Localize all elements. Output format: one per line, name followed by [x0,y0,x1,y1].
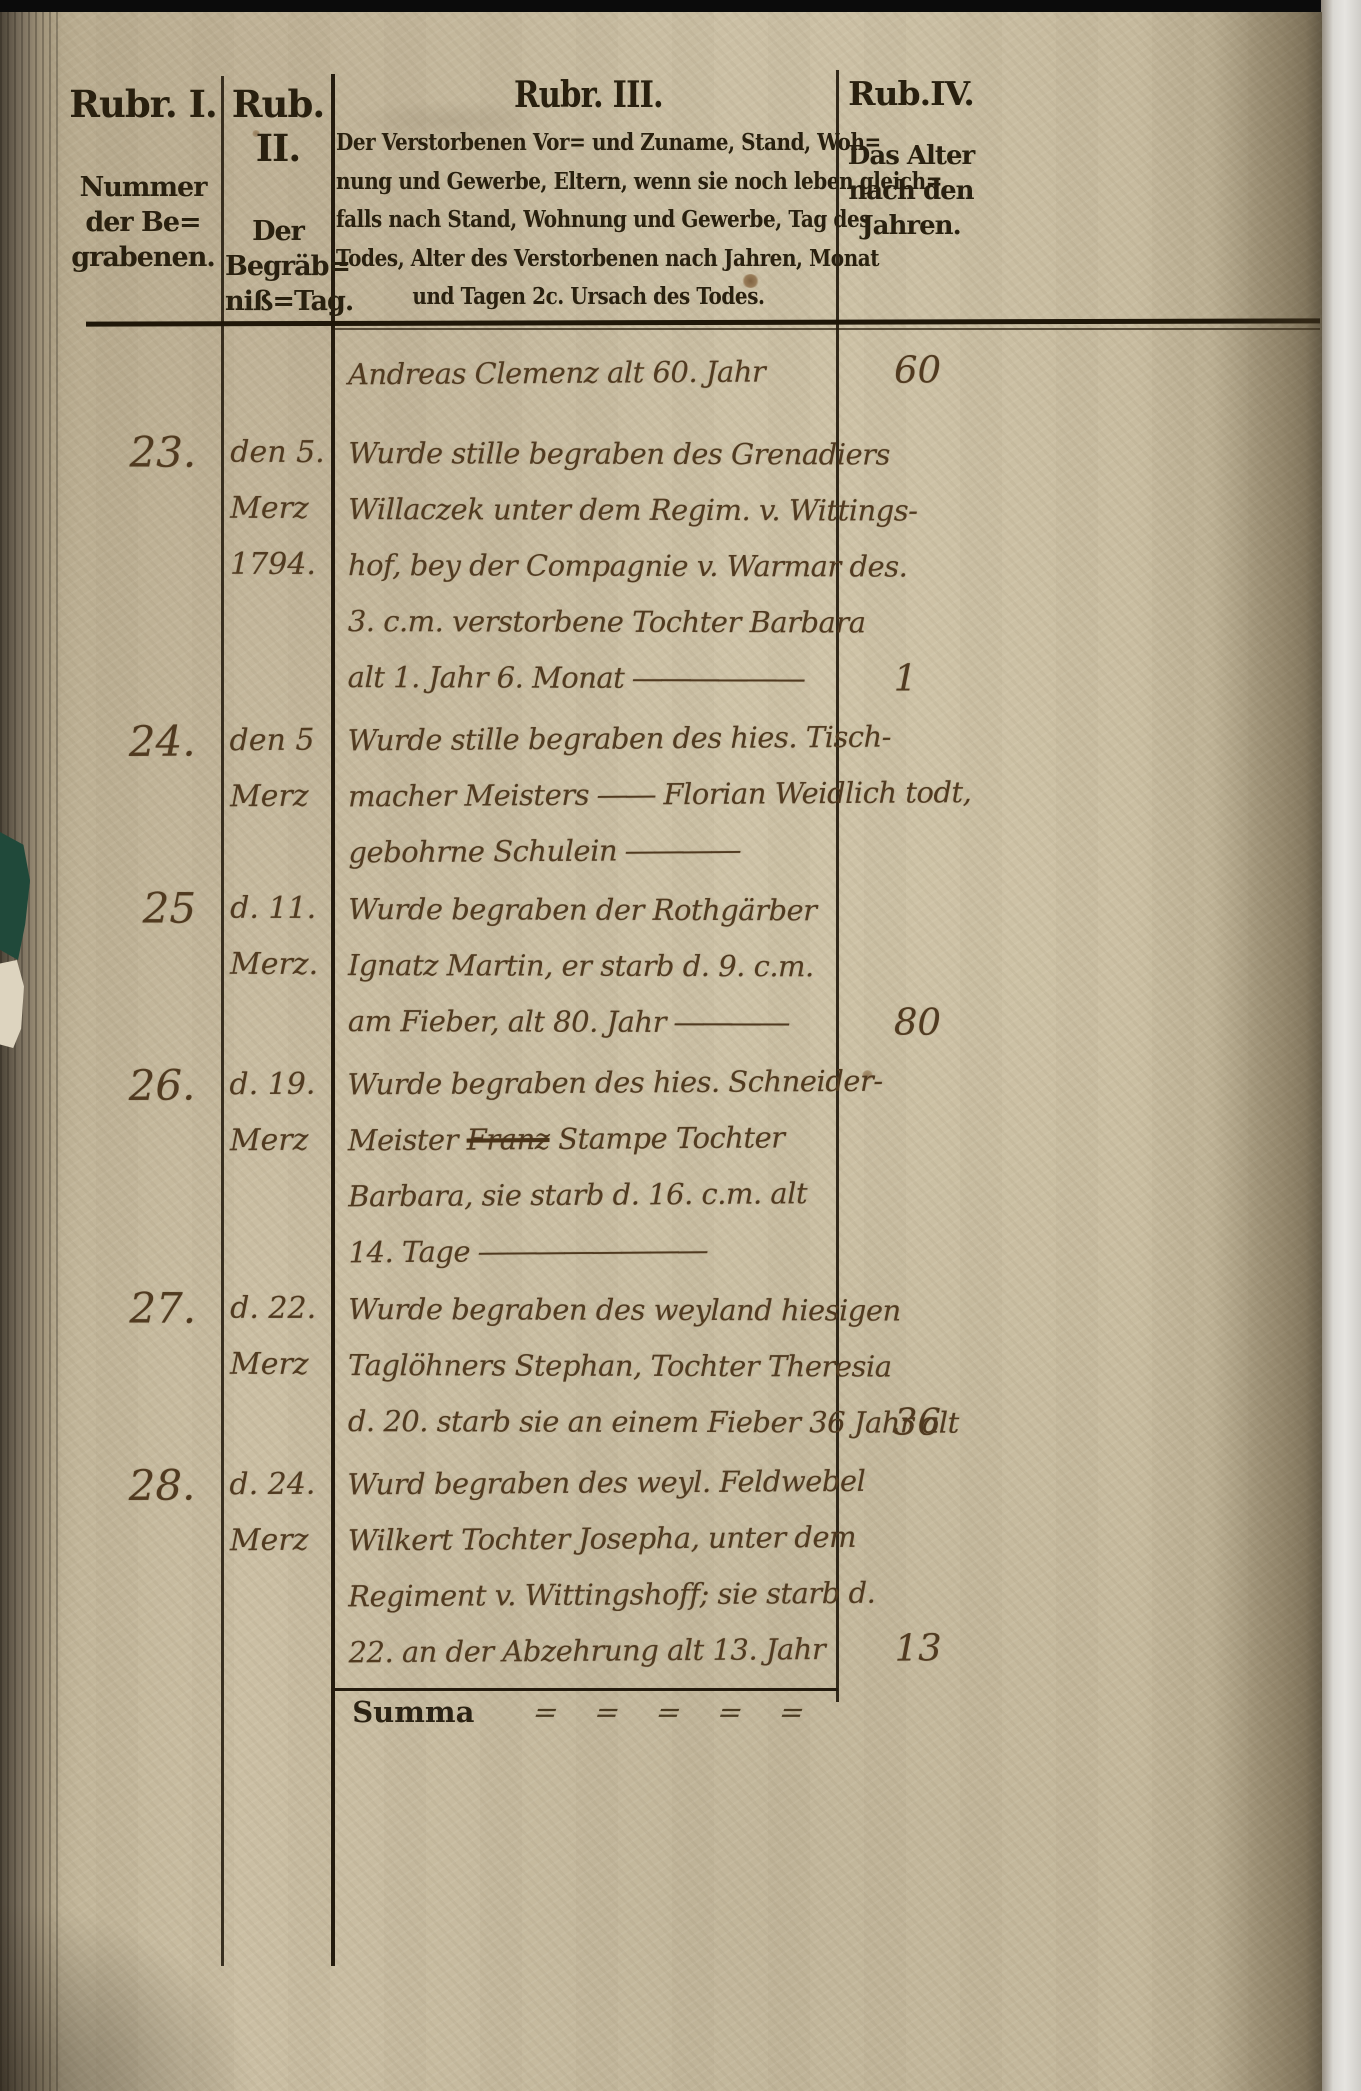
entry-text-line: Wurde begraben des weyland hiesigen [348,1281,838,1338]
burial-date-line: den 5 [229,713,332,770]
entry-text-line: d. 20. starb sie an einem Fieber 36 Jahr… [348,1393,838,1450]
summa-marks: = = = = = [529,1695,824,1729]
register-entry: 24. den 5Merz Wurde stille begraben des … [64,706,1322,883]
entry-text-line: Wurde stille begraben des hies. Tisch- [347,709,837,768]
entry-age: 36 [838,1394,1322,1451]
burial-date [222,347,333,404]
rubric-3-title: Rubr. III. [336,74,841,116]
entry-text-line: 14. Tage ―――――――― [348,1221,838,1280]
burial-date-line: Merz. [230,937,333,993]
entry-text-line: gebohrne Schulein ―――― [348,821,838,880]
entry-age: 80 [838,994,1322,1051]
entry-number [65,347,222,404]
entry-text-line: Wilkert Tochter Josepha, unter dem [348,1509,838,1568]
entry-text-line: am Fieber, alt 80. Jahr ―――― [348,993,838,1050]
register-entry: 26. d. 19.Merz Wurde begraben des hies. … [64,1050,1323,1283]
burial-date-line: den 5. [230,425,333,481]
header-col-4: Rub.IV. Das Alter nach den Jahren. [841,74,981,244]
burial-date-line: 1794. [230,537,333,593]
rubric-3-line: und Tagen 2c. Ursach des Todes. [336,277,841,316]
header-bottom-rule-2 [333,328,1320,330]
entry-text-line: Wurde begraben des hies. Schneider- [347,1053,837,1112]
burial-date-line: Merz [230,481,333,537]
register-entry: 27. d. 22.Merz Wurde begraben des weylan… [65,1280,1322,1451]
burial-date: d. 24.Merz [221,1457,334,1682]
entry-text: Andreas Clemenz alt 60. Jahr [333,343,838,403]
register-entry: 28. d. 24.Merz Wurd begraben des weyl. F… [64,1450,1323,1683]
entry-text: Wurde begraben des weyland hiesigenTaglö… [333,1281,838,1450]
burial-date: d. 19.Merz [221,1057,334,1282]
entry-number: 23. [65,424,223,704]
burial-date: d. 11.Merz. [222,881,333,1049]
rubric-4-title: Rub.IV. [841,74,981,113]
entry-text-line: Barbara, sie starb d. 16. c.m. alt [348,1165,838,1224]
entry-text-line: macher Meisters ―― Florian Weidlich todt… [348,765,838,824]
register-entry: 25 d. 11.Merz. Wurde begraben der Rothgä… [65,880,1322,1051]
entry-age [837,1050,1323,1277]
burial-date-line: d. 24. [229,1457,332,1514]
entry-age [837,706,1322,877]
entry-number: 25 [65,880,222,1048]
entry-text: Wurde begraben der RothgärberIgnatz Mart… [333,881,838,1050]
entry-text-line: Taglöhners Stephan, Tochter Theresia [348,1337,838,1394]
entry-age: 13 [838,1618,1322,1677]
burial-date: den 5.Merz1794. [222,425,334,705]
burial-date-line: Merz [230,1337,333,1393]
burial-date-line: d. 19. [229,1057,332,1114]
entry-number: 24. [64,713,222,882]
entry-text-line: Andreas Clemenz alt 60. Jahr [348,343,838,402]
burial-date-line: Merz [230,1113,333,1170]
entry-number: 26. [64,1057,223,1282]
entry-text-line: alt 1. Jahr 6. Monat ―――――― [348,649,838,706]
entries: Andreas Clemenz alt 60. Jahr 60 23. den … [65,344,1322,1729]
entry-text-line: Wurd begraben des weyl. Feldwebel [347,1453,837,1512]
header-col-1: Rubr. I. Nummer der Be= grabenen. [65,82,221,275]
scan-right-page-edge [1321,0,1361,2091]
entry-text: Wurde stille begraben des GrenadiersWill… [333,425,839,706]
rubric-2-title: Rub. II. [225,82,331,170]
struck-text: Franz [467,1122,550,1157]
summa-label: Summa [352,1695,474,1729]
header-col-2: Rub. II. Der Begräb= niß=Tag. [225,82,331,319]
rubric-2-line: Begräb= [225,249,331,284]
rubric-1-line: grabenen. [65,240,221,275]
burial-date: den 5Merz [221,713,333,882]
entry-text-line: 22. an der Abzehrung alt 13. Jahr [348,1621,838,1680]
burial-date: d. 22.Merz [222,1281,333,1449]
book-spine-edge [0,12,62,2091]
entry-number: 27. [65,1280,222,1448]
rubric-3-line: falls nach Stand, Wohnung und Gewerbe, T… [336,200,841,239]
entry-text: Wurde begraben des hies. Schneider-Meist… [332,1053,839,1281]
entry-text: Wurde stille begraben des hies. Tisch-ma… [332,709,838,881]
entry-text: Wurd begraben des weyl. FeldwebelWilkert… [332,1453,839,1681]
entry-text-line: 3. c.m. verstorbene Tochter Barbara [348,593,838,650]
rubric-3-line: Der Verstorbenen Vor= und Zuname, Stand,… [336,123,841,162]
rubric-2-line: niß=Tag. [225,284,331,319]
header-col-3: Rubr. III. Der Verstorbenen Vor= und Zun… [336,74,841,316]
register-entry: 23. den 5.Merz1794. Wurde stille begrabe… [65,424,1323,707]
rubric-4-line: Das Alter [841,139,981,174]
register-page: Rubr. I. Nummer der Be= grabenen. Rub. I… [0,12,1322,2091]
entry-number: 28. [64,1457,223,1682]
burial-date-line: d. 22. [230,1281,333,1337]
burial-date-line: Merz [230,1513,333,1570]
entry-text-line: Meister Franz Stampe Tochter [348,1109,838,1168]
summa-row: Summa= = = = = [65,1688,1322,1729]
rubric-3-line: Todes, Alter des Verstorbenen nach Jahre… [336,239,841,278]
rubric-3-line: nung und Gewerbe, Eltern, wenn sie noch … [336,162,841,201]
register-entry: Andreas Clemenz alt 60. Jahr 60 [65,340,1322,405]
entry-text-line: Ignatz Martin, er starb d. 9. c.m. [348,937,838,994]
burial-date-line: d. 11. [230,881,333,937]
rubric-1-title: Rubr. I. [65,82,221,126]
entry-age: 60 [838,340,1322,399]
rubric-4-line: nach den [841,174,981,209]
rubric-4-line: Jahren. [841,209,981,244]
rubric-2-line: Der [225,214,331,249]
entry-text-line: Willaczek unter dem Regim. v. Wittings- [348,481,838,538]
rubric-1-line: der Be= [65,205,221,240]
entry-text-line: Wurde stille begraben des Grenadiers [348,425,838,482]
burial-date-line: Merz [230,769,333,826]
header-bottom-rule [86,318,1320,326]
entry-text-line: hof, bey der Compagnie v. Warmar des. [348,537,838,594]
entry-text-line: Wurde begraben der Rothgärber [348,881,838,938]
entry-age: 1 [838,650,1322,707]
summa-cell: Summa= = = = = [333,1688,838,1729]
entry-text-line: Regiment v. Wittingshoff; sie starb d. [348,1565,838,1624]
rubric-1-line: Nummer [65,170,221,205]
